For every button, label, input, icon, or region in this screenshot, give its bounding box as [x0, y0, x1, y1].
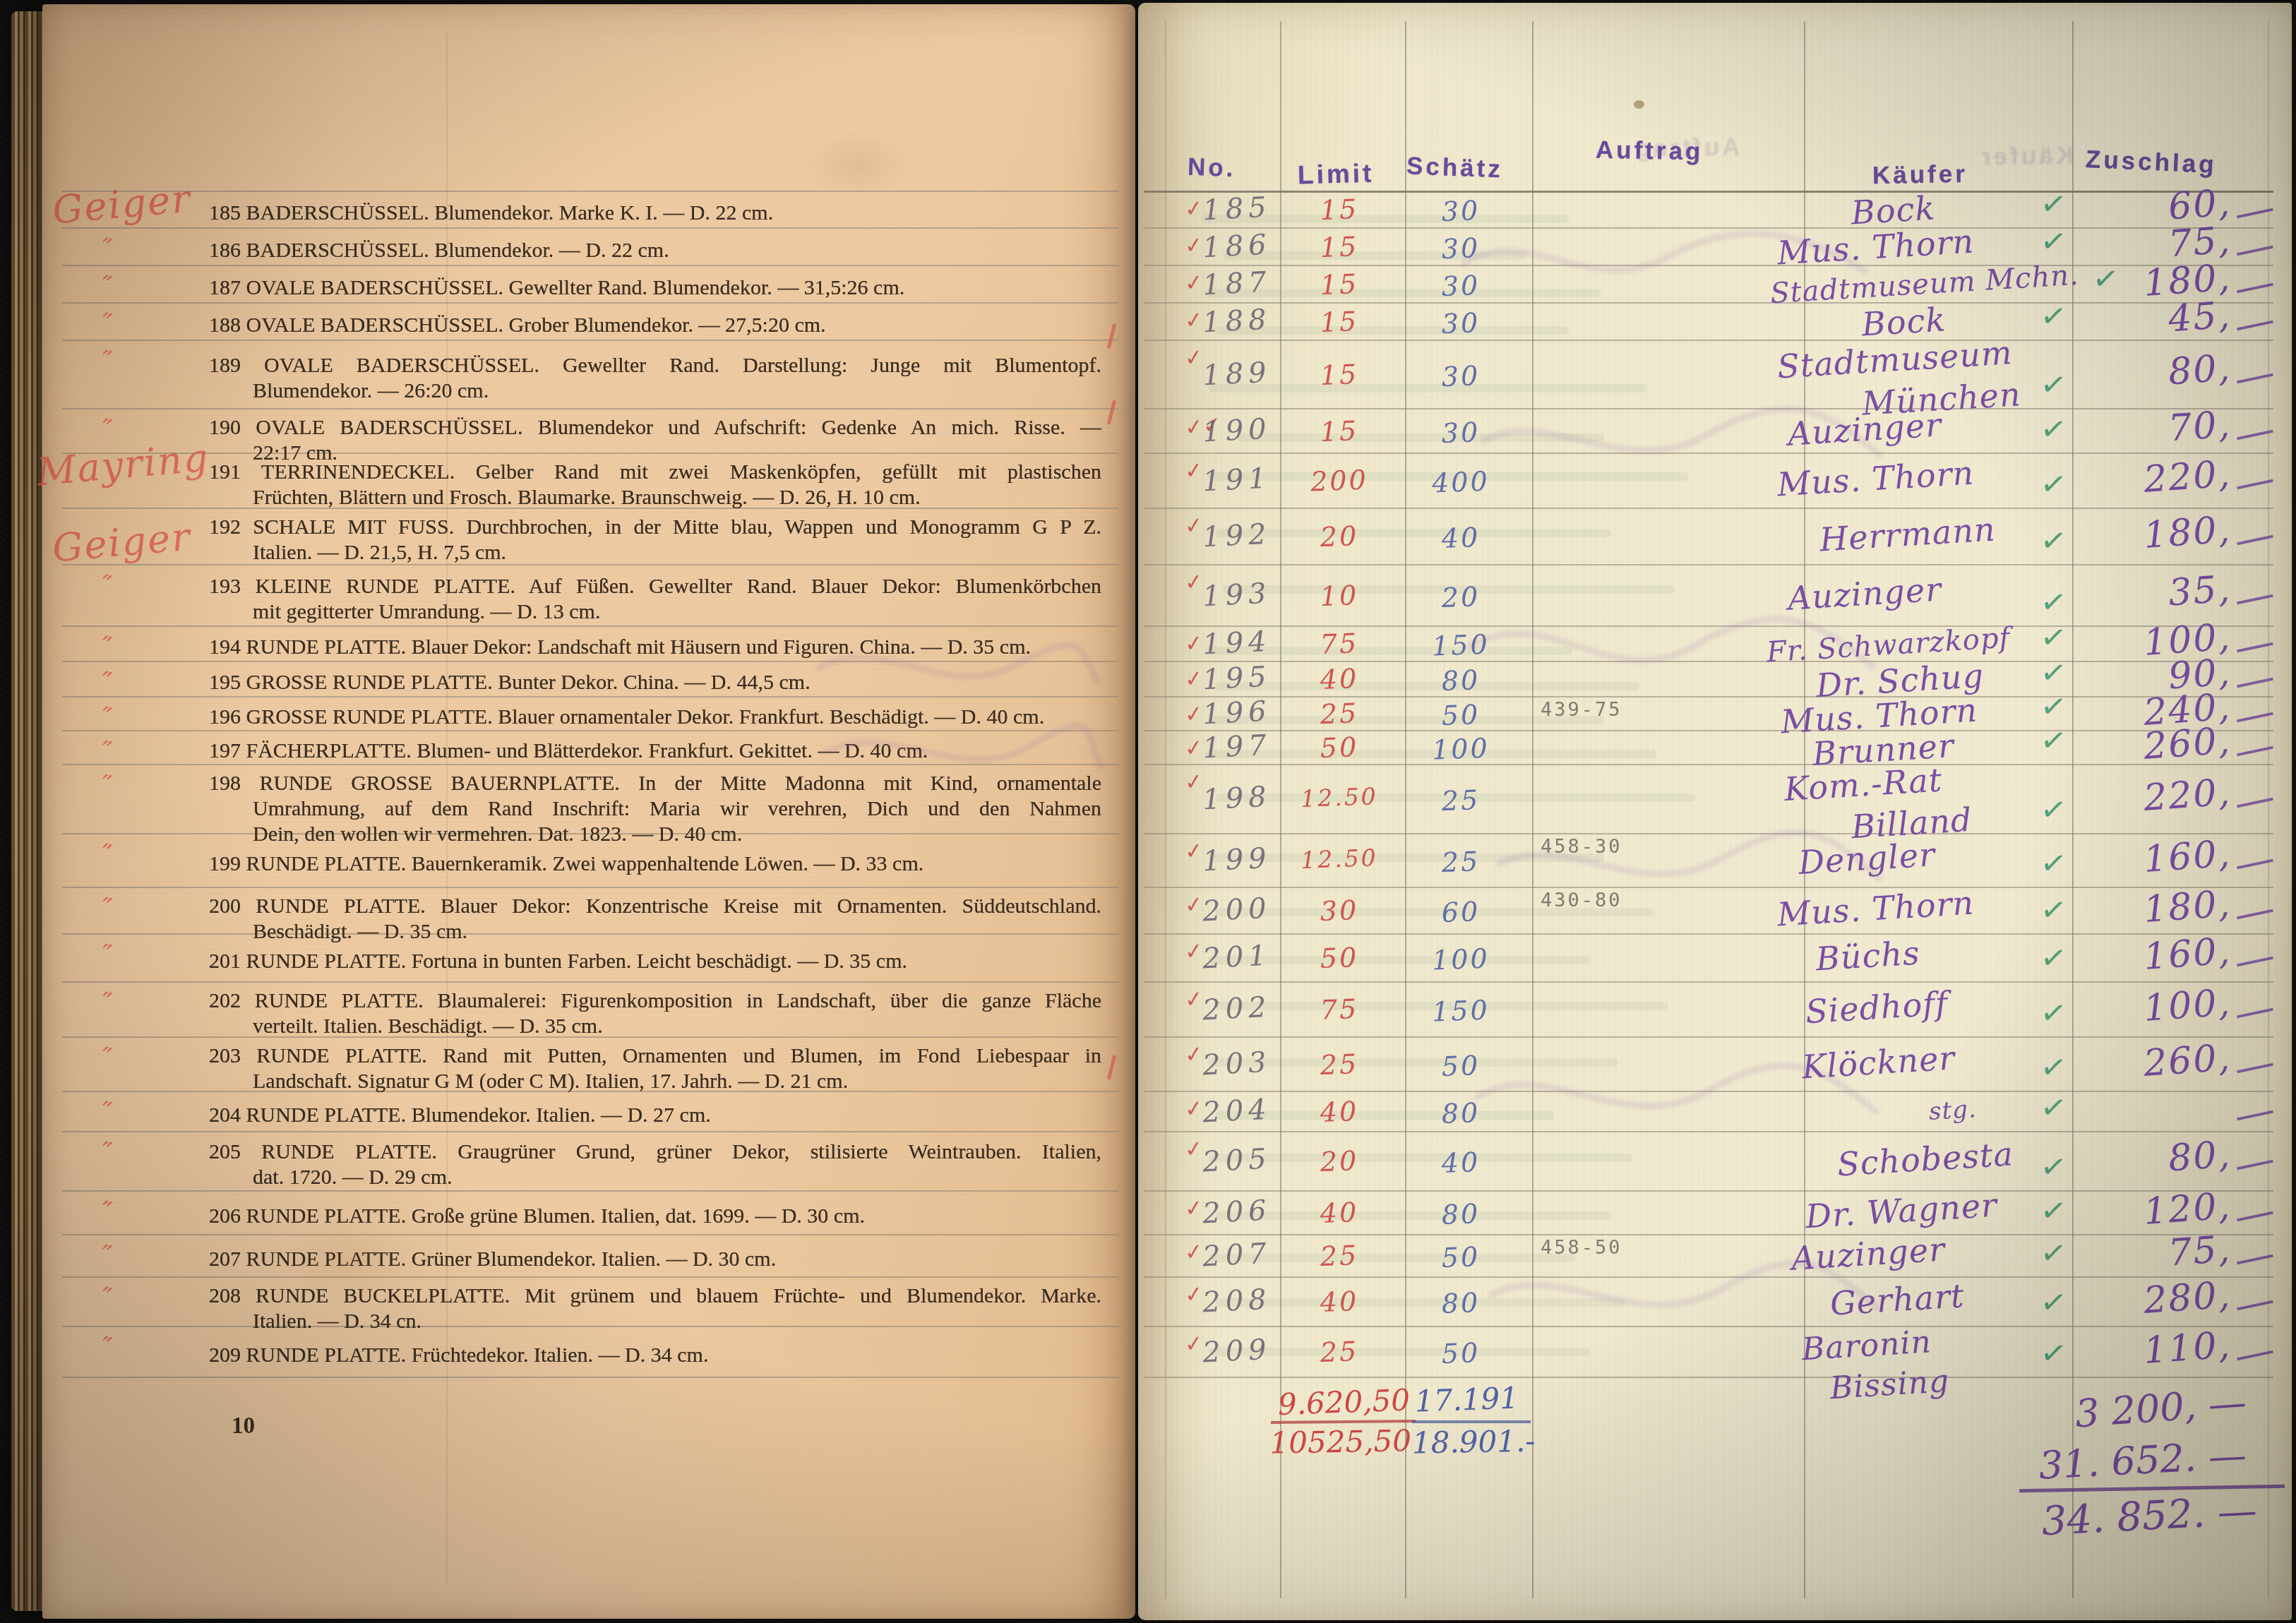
lot-number: 196: [1197, 695, 1276, 731]
estimate-value: 25: [1400, 783, 1521, 818]
hammer-price: 220,: [2076, 453, 2232, 505]
limit-value: 40: [1282, 661, 1396, 697]
lot-number: 205: [1197, 1142, 1276, 1179]
limit-value: 75: [1282, 992, 1396, 1027]
buyer-name-line: Gerhart: [1829, 1276, 1966, 1324]
catalog-entry-line: Italien. — D. 21,5, H. 7,5 cm.: [253, 540, 1101, 565]
buyer-name-line: Herrmann: [1819, 509, 1997, 559]
catalog-entry-line: 198 RUNDE GROSSE BAUERNPLATTE. In der Mi…: [209, 771, 1101, 796]
hammer-price: 260,: [2076, 1036, 2232, 1089]
hammer-price-dash: [2237, 1211, 2273, 1222]
zuschlag-grand-total: 34. 852. —: [2023, 1487, 2259, 1545]
estimate-value: 80: [1400, 1096, 1521, 1131]
margin-bidder-note: Geiger: [51, 176, 193, 233]
buyer-name: Dr. Wagner: [1805, 1191, 1997, 1230]
limit-value: 15: [1282, 267, 1396, 302]
hammer-price-dash: [2237, 429, 2273, 440]
limit-value: 20: [1282, 519, 1396, 554]
green-check-icon: ✓: [2038, 1089, 2069, 1128]
margin-red-tick: [1107, 323, 1117, 349]
buyer-name-line: Schobesta: [1836, 1134, 2015, 1184]
margin-ditto-mark: ″: [97, 307, 115, 341]
lot-number: 195: [1197, 660, 1276, 697]
hammer-price-dash: [2237, 1160, 2273, 1170]
margin-ditto-mark: ″: [97, 735, 115, 769]
lot-number: 199: [1197, 842, 1276, 878]
hammer-price: 110,: [2076, 1324, 2232, 1377]
buyer-name-line: Mus. Thorn: [1776, 883, 1975, 935]
limit-subtotal: 9.620,50: [1264, 1382, 1411, 1422]
order-bid-note: 430-80: [1541, 890, 1622, 911]
catalog-entry: 207 RUNDE PLATTE. Grüner Blumendekor. It…: [209, 1247, 1101, 1272]
catalog-entry-line: 199 RUNDE PLATTE. Bauernkeramik. Zwei wa…: [209, 851, 1101, 877]
green-check-icon: ✓: [2038, 583, 2069, 623]
lot-number: 204: [1197, 1093, 1276, 1130]
catalog-entry: 192 SCHALE MIT FUSS. Durchbrochen, in de…: [209, 515, 1101, 565]
catalog-entry-line: Italien. — D. 34 cn.: [253, 1309, 1101, 1334]
limit-value: 15: [1282, 357, 1396, 393]
green-check-icon: ✓: [2038, 1048, 2069, 1088]
estimate-value: 60: [1400, 894, 1521, 930]
lot-number: 197: [1197, 729, 1276, 765]
catalog-entry-line: mit gegitterter Umrandung. — D. 13 cm.: [253, 599, 1101, 625]
estimate-value: 20: [1400, 580, 1521, 615]
hammer-price: 180,: [2076, 508, 2232, 561]
margin-ditto-mark: ″: [97, 838, 115, 872]
lot-number: 207: [1197, 1237, 1276, 1274]
lot-number: 187: [1197, 265, 1276, 302]
catalog-entry-line: 205 RUNDE PLATTE. Graugrüner Grund, grün…: [209, 1139, 1101, 1165]
estimate-value: 30: [1400, 306, 1521, 341]
catalog-entry: 199 RUNDE PLATTE. Bauernkeramik. Zwei wa…: [209, 851, 1101, 877]
catalog-entry-line: 203 RUNDE PLATTE. Rand mit Putten, Ornam…: [209, 1043, 1101, 1069]
catalog-entry: 200 RUNDE PLATTE. Blauer Dekor: Konzentr…: [209, 894, 1101, 945]
catalog-entry-line: 206 RUNDE PLATTE. Große grüne Blumen. It…: [209, 1204, 1101, 1229]
catalog-entry: 203 RUNDE PLATTE. Rand mit Putten, Ornam…: [209, 1043, 1101, 1094]
hammer-price-dash: [2237, 1300, 2273, 1311]
limit-value: 40: [1282, 1094, 1396, 1130]
column-header-schaetz: Schätz: [1406, 152, 1503, 184]
catalog-entry: 202 RUNDE PLATTE. Blaumalerei: Figurenko…: [209, 988, 1101, 1039]
green-check-icon: ✓: [2038, 891, 2069, 930]
catalog-entry-line: 189 OVALE BADERSCHÜSSEL. Gewellter Rand.…: [209, 353, 1101, 378]
hammer-price-dash: [2237, 678, 2273, 688]
schaetz-total: 18.901.-: [1412, 1423, 1536, 1460]
catalog-entry-line: 200 RUNDE PLATTE. Blauer Dekor: Konzentr…: [209, 894, 1101, 919]
ghost-header-impression: Auftrag: [1632, 133, 1740, 164]
limit-value: 15: [1282, 192, 1396, 227]
estimate-value: 50: [1400, 1240, 1521, 1275]
estimate-value: 80: [1400, 1197, 1521, 1232]
buyer-name: Auzinger: [1791, 1234, 1945, 1274]
buyer-name: Auzinger: [1788, 574, 1942, 613]
green-check-icon: ✓: [2038, 618, 2069, 658]
limit-value: 10: [1282, 578, 1396, 613]
hammer-price-dash: [2237, 1008, 2273, 1019]
green-check-icon: ✓: [2038, 185, 2069, 224]
margin-ditto-mark: ″: [97, 1331, 115, 1365]
buyer-name: Stadtmuseum Mchn.: [1770, 265, 2079, 304]
green-check-icon: ✓: [2038, 1148, 2069, 1187]
buyer-name: Büchs: [1816, 936, 1920, 976]
margin-ditto-mark: ″: [97, 345, 115, 378]
lot-number: 208: [1197, 1283, 1276, 1319]
limit-value: 75: [1282, 626, 1396, 661]
limit-value: 25: [1282, 1334, 1396, 1370]
catalog-entry-line: 207 RUNDE PLATTE. Grüner Blumendekor. It…: [209, 1247, 1101, 1272]
catalog-entry-line: 196 GROSSE RUNDE PLATTE. Blauer ornament…: [209, 705, 1101, 730]
estimate-value: 150: [1400, 628, 1521, 663]
buyer-name: Siedhoff: [1805, 988, 1948, 1027]
catalog-entry-line: 191 TERRINENDECKEL. Gelber Rand mit zwei…: [209, 460, 1101, 485]
page-number: 10: [232, 1413, 255, 1439]
order-bid-note: 458-30: [1541, 836, 1622, 858]
limit-value: 40: [1282, 1284, 1396, 1319]
hammer-price: 100,: [2076, 981, 2232, 1034]
buyer-name-line: Auzinger: [1786, 569, 1942, 618]
catalog-entry-line: 190 OVALE BADERSCHÜSSEL. Blumendekor und…: [209, 415, 1101, 441]
limit-value: 15: [1282, 304, 1396, 340]
buyer-name-line: Dengler: [1797, 834, 1936, 882]
lot-number: 185: [1197, 191, 1276, 227]
ledger-page-right: No. Limit Schätz Auftrag Käufer Zuschlag…: [1138, 3, 2292, 1620]
buyer-name: Herrmann: [1819, 515, 1996, 554]
buyer-name-line: Klöckner: [1800, 1038, 1956, 1086]
schaetz-subtotal: 17.191: [1414, 1380, 1519, 1418]
green-check-icon: ✓: [2038, 465, 2069, 505]
hammer-price-dash: [2237, 909, 2273, 920]
catalog-entry-line: 202 RUNDE PLATTE. Blaumalerei: Figurenko…: [209, 988, 1101, 1014]
green-check-icon: ✓: [2038, 939, 2069, 978]
lot-number: 198: [1197, 780, 1276, 817]
buyer-name: Mus. Thorn: [1777, 889, 1974, 928]
buyer-name-line: Büchs: [1814, 933, 1921, 979]
hammer-price: 180,: [2076, 882, 2232, 935]
catalog-entry: 201 RUNDE PLATTE. Fortuna in bunten Farb…: [209, 949, 1101, 974]
buyer-name-line: Auzinger: [1790, 1229, 1946, 1278]
hammer-price-dash: [2237, 594, 2273, 604]
column-header-no: No.: [1187, 153, 1236, 183]
limit-value: 50: [1282, 730, 1396, 765]
margin-ditto-mark: ″: [97, 666, 115, 700]
catalog-entry: 185 BADERSCHÜSSEL. Blumendekor. Marke K.…: [209, 200, 1101, 226]
catalog-entry-line: 185 BADERSCHÜSSEL. Blumendekor. Marke K.…: [209, 200, 1101, 226]
estimate-value: 30: [1400, 359, 1521, 394]
hammer-price-dash: [2237, 957, 2273, 967]
buyer-name-line: Siedhoff: [1804, 983, 1949, 1031]
margin-red-tick: [1107, 400, 1117, 425]
estimate-value: 100: [1400, 942, 1521, 977]
margin-ditto-mark: ″: [97, 986, 115, 1020]
margin-ditto-mark: ″: [97, 1239, 115, 1273]
catalog-entry-line: 186 BADERSCHÜSSEL. Blumendekor. — D. 22 …: [209, 238, 1101, 263]
order-bid-note: 439-75: [1541, 699, 1622, 721]
catalog-entry-line: 204 RUNDE PLATTE. Blumendekor. Italien. …: [209, 1103, 1101, 1128]
green-check-icon: ✓: [2038, 297, 2069, 337]
hammer-price: 220,: [2076, 771, 2232, 824]
buyer-name: Bock: [1862, 302, 1946, 342]
catalog-entry-line: dat. 1720. — D. 29 cm.: [253, 1165, 1101, 1190]
margin-ditto-mark: ″: [97, 938, 115, 972]
estimate-value: 30: [1400, 415, 1521, 450]
catalog-page-left: 10 Geiger″″″″″MayringGeiger″″″″″″″″″″″″″…: [42, 4, 1135, 1619]
ghost-header-impression: Käufer: [1978, 142, 2074, 172]
estimate-value: 80: [1400, 663, 1521, 698]
margin-bidder-note: Mayring: [35, 435, 211, 494]
margin-ditto-mark: ″: [97, 1096, 115, 1130]
green-check-icon: ✓: [2038, 791, 2069, 830]
catalog-entry-line: Früchten, Blättern und Frosch. Blaumarke…: [253, 485, 1101, 510]
limit-total: 10525,50: [1255, 1423, 1412, 1461]
catalog-entry-line: Beschädigt. — D. 35 cm.: [253, 919, 1101, 945]
order-bid-note: 458-50: [1541, 1237, 1622, 1259]
lot-number: 188: [1197, 303, 1276, 340]
lot-number: 192: [1197, 517, 1276, 554]
lot-number: 206: [1197, 1194, 1276, 1230]
catalog-entry: 189 OVALE BADERSCHÜSSEL. Gewellter Rand.…: [209, 353, 1101, 404]
catalog-entry-line: Blumendekor. — 26:20 cm.: [253, 378, 1101, 404]
catalog-entry: 208 RUNDE BUCKELPLATTE. Mit grünem und b…: [209, 1283, 1101, 1334]
catalog-entry-line: 195 GROSSE RUNDE PLATTE. Bunter Dekor. C…: [209, 670, 1101, 695]
lot-number: 191: [1197, 462, 1276, 498]
buyer-name: Mus. Thorn: [1777, 459, 1974, 498]
catalog-entry-line: 209 RUNDE PLATTE. Früchtedekor. Italien.…: [209, 1343, 1101, 1368]
catalog-entry: 187 OVALE BADERSCHÜSSEL. Gewellter Rand.…: [209, 275, 1101, 301]
hammer-price-dash: [2237, 373, 2273, 383]
hammer-price-dash: [2237, 1254, 2273, 1265]
zuschlag-page-total: 3 200, —: [2012, 1380, 2248, 1441]
catalog-entry-line: Landschaft. Signatur G M (oder C M). Ita…: [253, 1069, 1101, 1094]
margin-ditto-mark: ″: [97, 1195, 115, 1229]
hammer-price: 160,: [2076, 832, 2232, 885]
catalog-entry-line: 194 RUNDE PLATTE. Blauer Dekor: Landscha…: [209, 635, 1101, 660]
margin-ditto-mark: ″: [97, 232, 115, 266]
buyer-name: BaroninBissing: [1802, 1326, 1949, 1405]
limit-value: 15: [1282, 414, 1396, 449]
lot-number: 203: [1197, 1046, 1276, 1082]
catalog-entry: 188 OVALE BADERSCHÜSSEL. Grober Blumende…: [209, 313, 1101, 338]
estimate-value: 30: [1400, 268, 1521, 304]
lot-number: 194: [1197, 625, 1276, 661]
catalog-entry: 193 KLEINE RUNDE PLATTE. Auf Füßen. Gewe…: [209, 574, 1101, 625]
catalog-entry: 195 GROSSE RUNDE PLATTE. Bunter Dekor. C…: [209, 670, 1101, 695]
buyer-name-line: Mus. Thorn: [1776, 453, 1975, 505]
hammer-price: 80,: [2076, 347, 2232, 400]
margin-ditto-mark: ″: [97, 1281, 115, 1315]
catalog-entry: 194 RUNDE PLATTE. Blauer Dekor: Landscha…: [209, 635, 1101, 660]
green-check-icon: ✓: [2038, 1234, 2069, 1274]
column-header-kaeufer: Käufer: [1872, 160, 1968, 190]
buyer-name: stg.: [1929, 1091, 1977, 1130]
catalog-content: 10 Geiger″″″″″MayringGeiger″″″″″″″″″″″″″…: [42, 4, 1135, 1619]
buyer-name: Gerhart: [1830, 1280, 1964, 1319]
lot-number: 202: [1197, 990, 1276, 1027]
estimate-value: 25: [1400, 844, 1521, 880]
hammer-price-dash: [2237, 208, 2273, 219]
green-check-icon: ✓: [2038, 721, 2069, 761]
estimate-value: 30: [1400, 231, 1521, 266]
column-header-limit: Limit: [1297, 159, 1374, 191]
catalog-entry: 186 BADERSCHÜSSEL. Blumendekor. — D. 22 …: [209, 238, 1101, 263]
buyer-name: Kom.-RatBilland: [1784, 764, 1972, 843]
catalog-entry: 190 OVALE BADERSCHÜSSEL. Blumendekor und…: [209, 415, 1101, 466]
green-check-icon: ✓: [2038, 1283, 2069, 1323]
column-header-zuschlag: Zuschlag: [2085, 145, 2217, 179]
estimate-value: 40: [1400, 1145, 1521, 1180]
margin-ditto-mark: ″: [97, 1041, 115, 1075]
estimate-value: 80: [1400, 1286, 1521, 1321]
green-check-icon: ✓: [2038, 522, 2069, 561]
hammer-price-dash: [2237, 859, 2273, 870]
paper-stain: [805, 131, 911, 198]
buyer-name: Schobesta: [1837, 1139, 2014, 1179]
margin-ditto-mark: ″: [97, 892, 115, 926]
hammer-price: 70,: [2076, 403, 2232, 456]
estimate-value: 400: [1400, 465, 1521, 500]
limit-value: 30: [1282, 893, 1396, 928]
margin-red-tick: [1107, 1055, 1117, 1080]
hammer-price-dash: [2237, 1062, 2273, 1073]
lot-number: 189: [1197, 356, 1276, 393]
hammer-price-dash: [2237, 746, 2273, 757]
catalog-entry: 209 RUNDE PLATTE. Früchtedekor. Italien.…: [209, 1343, 1101, 1368]
hammer-price-dash: [2237, 1350, 2273, 1361]
hammer-price-dash: [2237, 535, 2273, 546]
buyer-name-line: Auzinger: [1786, 405, 1942, 453]
estimate-value: 50: [1400, 1336, 1521, 1371]
catalog-entry-line: 201 RUNDE PLATTE. Fortuna in bunten Farb…: [209, 949, 1101, 974]
margin-ditto-mark: ″: [97, 769, 115, 803]
buyer-name: Dengler: [1798, 839, 1935, 878]
lot-number: 200: [1197, 892, 1276, 928]
margin-ditto-mark: ″: [97, 630, 115, 664]
estimate-value: 100: [1400, 731, 1521, 767]
lot-number: 209: [1197, 1333, 1276, 1370]
catalog-entry: 198 RUNDE GROSSE BAUERNPLATTE. In der Mi…: [209, 771, 1101, 847]
hammer-price: 35,: [2076, 568, 2232, 621]
limit-value: 25: [1282, 1238, 1396, 1274]
hammer-price-dash: [2237, 1110, 2273, 1120]
estimate-value: 40: [1400, 520, 1521, 556]
green-check-icon: ✓: [2038, 1192, 2069, 1231]
limit-value: 200: [1282, 463, 1396, 498]
buyer-name: Auzinger: [1788, 409, 1942, 449]
hammer-price-dash: [2237, 642, 2273, 653]
buyer-name-line: Dr. Wagner: [1805, 1185, 1999, 1237]
catalog-entry-line: 208 RUNDE BUCKELPLATTE. Mit grünem und b…: [209, 1283, 1101, 1309]
catalog-entry: 205 RUNDE PLATTE. Graugrüner Grund, grün…: [209, 1139, 1101, 1190]
zuschlag-carryover: 31. 652. —: [2013, 1432, 2248, 1489]
catalog-entry: 204 RUNDE PLATTE. Blumendekor. Italien. …: [209, 1103, 1101, 1128]
green-check-icon: ✓: [2038, 366, 2069, 405]
margin-ditto-mark: ″: [97, 569, 115, 603]
estimate-value: 30: [1400, 193, 1521, 229]
limit-value: 40: [1282, 1195, 1396, 1230]
catalog-entry: 191 TERRINENDECKEL. Gelber Rand mit zwei…: [209, 460, 1101, 510]
hammer-price-dash: [2237, 320, 2273, 330]
catalog-entry-line: verteilt. Italien. Beschädigt. — D. 35 c…: [253, 1014, 1101, 1039]
hammer-price-dash: [2237, 712, 2273, 723]
limit-value: 25: [1282, 1047, 1396, 1082]
catalog-entry-line: 187 OVALE BADERSCHÜSSEL. Gewellter Rand.…: [209, 275, 1101, 301]
hammer-price-dash: [2237, 479, 2273, 490]
buyer-name: Mus. Thorn: [1777, 227, 1974, 267]
estimate-value: 50: [1400, 1048, 1521, 1084]
lot-number: 186: [1197, 228, 1276, 265]
margin-bidder-note: Geiger: [51, 515, 193, 571]
scanned-auction-ledger-photo: 10 Geiger″″″″″MayringGeiger″″″″″″″″″″″″″…: [0, 0, 2296, 1623]
paper-fleck: [1634, 100, 1644, 109]
hammer-price-dash: [2237, 282, 2273, 293]
catalog-entry-line: 197 FÄCHERPLATTE. Blumen- und Blätterdek…: [209, 738, 1101, 764]
green-check-icon: ✓: [2038, 994, 2069, 1034]
limit-value: 12.50: [1282, 781, 1396, 813]
catalog-entry-line: Dein, den wollen wir vermehren. Dat. 182…: [253, 822, 1101, 847]
catalog-entry: 196 GROSSE RUNDE PLATTE. Blauer ornament…: [209, 705, 1101, 730]
hammer-price: 160,: [2076, 930, 2232, 983]
limit-value: 50: [1282, 940, 1396, 976]
margin-ditto-mark: ″: [97, 270, 115, 304]
catalog-entry-line: Umrahmung, auf dem Rand Inschrift: Maria…: [253, 796, 1101, 822]
buyer-name-line: stg.: [1927, 1089, 1978, 1132]
catalog-entry-line: 192 SCHALE MIT FUSS. Durchbrochen, in de…: [209, 515, 1101, 540]
green-check-icon: ✓: [2038, 844, 2069, 884]
estimate-value: 150: [1400, 993, 1521, 1029]
limit-value: 12.50: [1282, 843, 1396, 875]
lot-number: 201: [1197, 939, 1276, 976]
margin-ditto-mark: ″: [97, 413, 115, 447]
hammer-price-dash: [2237, 798, 2273, 808]
limit-value: 15: [1282, 229, 1396, 265]
hammer-price: 80,: [2076, 1133, 2232, 1186]
limit-value: 25: [1282, 696, 1396, 731]
buyer-name-line: Bissing: [1829, 1362, 1950, 1408]
lot-number: 193: [1197, 577, 1276, 613]
catalog-entry-line: 193 KLEINE RUNDE PLATTE. Auf Füßen. Gewe…: [209, 574, 1101, 599]
lot-number: 190: [1197, 412, 1276, 449]
hammer-price-dash: [2237, 245, 2273, 256]
green-check-icon: ✓: [2038, 410, 2069, 450]
margin-ditto-mark: ″: [97, 701, 115, 735]
catalog-entry-line: 188 OVALE BADERSCHÜSSEL. Grober Blumende…: [209, 313, 1101, 338]
catalog-entry: 206 RUNDE PLATTE. Große grüne Blumen. It…: [209, 1204, 1101, 1229]
catalog-entry: 197 FÄCHERPLATTE. Blumen- und Blätterdek…: [209, 738, 1101, 764]
margin-ditto-mark: ″: [97, 1136, 115, 1170]
buyer-name: Klöckner: [1802, 1043, 1955, 1082]
green-check-icon: ✓: [2038, 1334, 2069, 1374]
ledger-content: No. Limit Schätz Auftrag Käufer Zuschlag…: [1138, 3, 2292, 1620]
estimate-value: 50: [1400, 697, 1521, 733]
limit-value: 20: [1282, 1144, 1396, 1179]
schaetz-sum-line: [1412, 1420, 1531, 1423]
hammer-price: 280,: [2076, 1274, 2232, 1326]
